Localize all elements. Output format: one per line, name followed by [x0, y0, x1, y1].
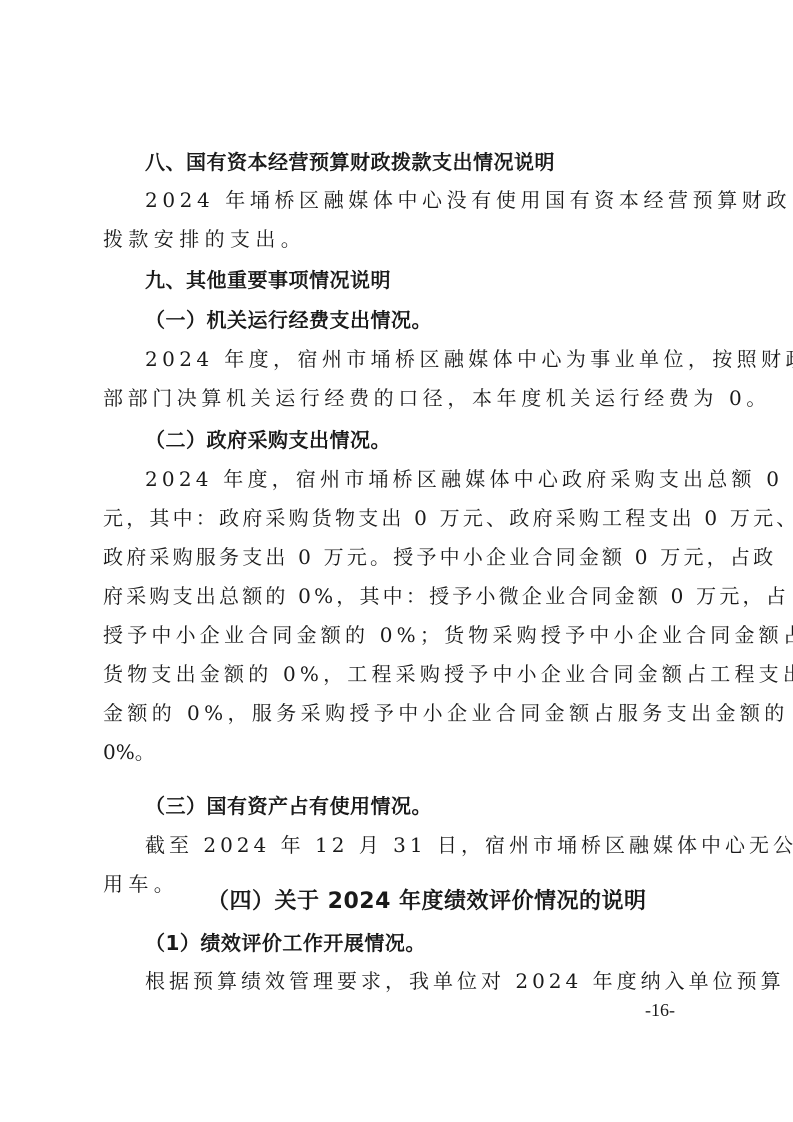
sub3-heading: （三）国有资产占有使用情况。 [145, 792, 432, 820]
sub2-line-5: 授予中小企业合同金额的 0%；货物采购授予中小企业合同金额占 [103, 621, 793, 649]
sub2-line-1: 2024 年度，宿州市埇桥区融媒体中心政府采购支出总额 0 万 [145, 465, 793, 493]
sub3-line-1: 截至 2024 年 12 月 31 日，宿州市埇桥区融媒体中心无公务 [145, 831, 793, 859]
sub1-line-2: 部部门决算机关运行经费的口径，本年度机关运行经费为 0。 [103, 384, 771, 412]
sub3-line-2: 用车。 [103, 870, 179, 898]
sub2-line-8: 0%。 [103, 738, 155, 766]
section9-heading: 九、其他重要事项情况说明 [145, 266, 391, 294]
sub2-heading: （二）政府采购支出情况。 [145, 426, 391, 454]
sub4-heading: （四）关于 2024 年度绩效评价情况的说明 [207, 888, 647, 916]
sub2-line-3: 政府采购服务支出 0 万元。授予中小企业合同金额 0 万元，占政 [103, 543, 776, 571]
sub2-line-7: 金额的 0%，服务采购授予中小企业合同金额占服务支出金额的 [103, 699, 789, 727]
sub1-line-1: 2024 年度，宿州市埇桥区融媒体中心为事业单位，按照财政 [145, 345, 793, 373]
section8-line-1: 2024 年埇桥区融媒体中心没有使用国有资本经营预算财政 [145, 186, 791, 214]
sub2-line-6: 货物支出金额的 0%，工程采购授予中小企业合同金额占工程支出 [103, 660, 793, 688]
section8-line-2: 拨款安排的支出。 [103, 225, 306, 253]
document-page: 八、国有资本经营预算财政拨款支出情况说明 2024 年埇桥区融媒体中心没有使用国… [0, 0, 793, 1122]
sub2-line-2: 元，其中：政府采购货物支出 0 万元、政府采购工程支出 0 万元、 [103, 504, 793, 532]
sub1-heading: （一）机关运行经费支出情况。 [145, 306, 432, 334]
sub4-line-1: 根据预算绩效管理要求，我单位对 2024 年度纳入单位预算 [145, 967, 785, 995]
sub4-item1-heading: （1）绩效评价工作开展情况。 [145, 929, 426, 957]
sub2-line-4: 府采购支出总额的 0%，其中：授予小微企业合同金额 0 万元，占 [103, 582, 789, 610]
page-number: -16- [645, 1000, 675, 1021]
section8-heading: 八、国有资本经营预算财政拨款支出情况说明 [145, 148, 555, 176]
